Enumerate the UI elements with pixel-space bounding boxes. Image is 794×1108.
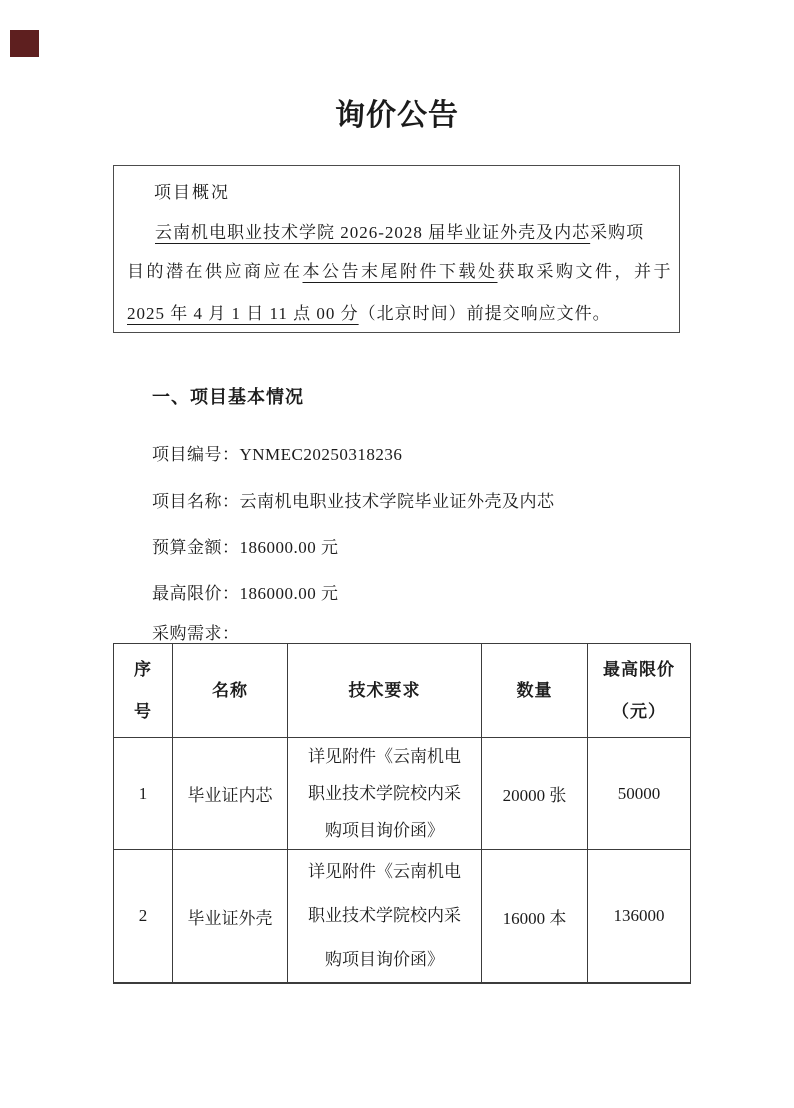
page-corner-marker [10,30,39,57]
price-limit-line: 最高限价：186000.00 元 [152,579,339,604]
project-overview-box: 项目概况 云南机电职业技术学院 2026-2028 届毕业证外壳及内芯采购项 目… [113,165,680,333]
document-title: 询价公告 [0,90,794,134]
cell-name: 毕业证外壳 [173,850,288,984]
overview-line-2-pre: 目的潜在供应商应在 [127,262,303,281]
section-1-heading: 一、项目基本情况 [152,383,304,409]
cell-seq-no: 1 [114,738,173,850]
overview-line-2-post: 获取采购文件，并于 [498,262,674,281]
header-quantity: 数量 [482,644,588,738]
header-name: 名称 [173,644,288,738]
cell-name: 毕业证内芯 [173,738,288,850]
budget-line: 预算金额：186000.00 元 [152,533,339,558]
table-row: 2 毕业证外壳 详见附件《云南机电职业技术学院校内采购项目询价函》 16000 … [114,850,691,984]
header-tech-req: 技术要求 [288,644,482,738]
project-name-underlined: 云南机电职业技术学院 2026-2028 届毕业证外壳及内芯 [155,223,590,242]
cell-quantity: 16000 本 [482,850,588,984]
header-seq-no: 序 号 [114,644,173,738]
attachment-download-underlined: 本公告末尾附件下载处 [303,262,498,281]
header-price-limit: 最高限价 （元） [588,644,691,738]
overview-line-1: 云南机电职业技术学院 2026-2028 届毕业证外壳及内芯采购项 [155,218,644,243]
procurement-table: 序 号 名称 技术要求 数量 最高限价 （元） 1 毕业证内芯 详见附件《云南机… [113,643,691,984]
cell-price-limit: 136000 [588,850,691,984]
table-header-row: 序 号 名称 技术要求 数量 最高限价 （元） [114,644,691,738]
project-number-line: 项目编号：YNMEC20250318236 [152,440,402,465]
deadline-underlined: 2025 年 4 月 1 日 11 点 00 分 [127,304,359,323]
cell-price-limit: 50000 [588,738,691,850]
overview-line-3-post: （北京时间）前提交响应文件。 [359,304,611,323]
cell-seq-no: 2 [114,850,173,984]
table-row: 1 毕业证内芯 详见附件《云南机电职业技术学院校内采购项目询价函》 20000 … [114,738,691,850]
project-name-line: 项目名称：云南机电职业技术学院毕业证外壳及内芯 [152,487,555,512]
overview-heading: 项目概况 [154,178,230,203]
procurement-demand-line: 采购需求： [152,619,240,644]
document-page: 询价公告 项目概况 云南机电职业技术学院 2026-2028 届毕业证外壳及内芯… [0,0,794,1108]
cell-tech-req: 详见附件《云南机电职业技术学院校内采购项目询价函》 [288,738,482,850]
cell-tech-req: 详见附件《云南机电职业技术学院校内采购项目询价函》 [288,850,482,984]
overview-line-3: 2025 年 4 月 1 日 11 点 00 分（北京时间）前提交响应文件。 [127,299,611,324]
overview-line-1-rest: 采购项 [590,223,644,242]
cell-quantity: 20000 张 [482,738,588,850]
overview-line-2: 目的潜在供应商应在本公告末尾附件下载处获取采购文件，并于 [127,257,673,282]
